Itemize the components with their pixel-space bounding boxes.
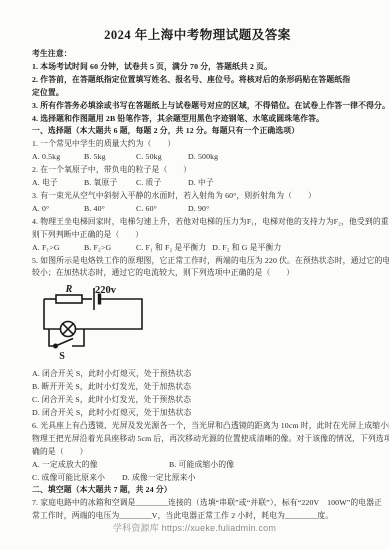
switch-label: S <box>59 351 65 361</box>
watermark-footer: 学科资源库 https://xueke.fuliadmin.com <box>0 521 389 534</box>
question-5-option-a: A. 闭合开关 S，此时小灯熄灭，处于预热状态 <box>32 368 363 381</box>
question-4-stem: 则下列判断中正确的是（ ） <box>32 229 363 242</box>
option-d: D. F₂ 和 G 是平衡力 <box>212 242 287 255</box>
question-5-option-d: D. 闭合开关 S，此时小灯熄灭，处于加热状态 <box>32 407 363 420</box>
option-a: A. 一定成放大的像 <box>32 459 169 472</box>
question-6-options-row-1: A. 一定成放大的像 B. 可能成缩小的像 <box>32 459 363 472</box>
option-b: B. F₂>G <box>84 242 136 255</box>
option-a: A. F₁>G <box>32 242 84 255</box>
option-b: B. 可能成缩小的像 <box>169 459 240 472</box>
circuit-diagram: R 220v S <box>38 283 363 366</box>
option-c: C. F₁ 和 F₂ 是平衡力 <box>136 242 212 255</box>
option-d: D. 500kg <box>188 151 240 164</box>
notice-line: 4. 选择题和作图题用 2B 铅笔作答，其余题型用黑色字迹钢笔、水笔或圆珠笔作答… <box>32 113 363 126</box>
exam-page: 2024 年上海中考物理试题及答案 考生注意： 1. 本场考试时间 60 分钟，… <box>0 0 389 523</box>
option-c: C. 50kg <box>136 151 188 164</box>
question-1-stem: 1. 一个常见中学生的质量大约为（ ） <box>32 138 363 151</box>
question-4-options: A. F₁>G B. F₂>G C. F₁ 和 F₂ 是平衡力 D. F₂ 和 … <box>32 242 363 255</box>
notice-line: 1. 本场考试时间 60 分钟，试卷共 5 页，满分 70 分，答题纸共 2 页… <box>32 61 363 74</box>
circuit-figure: R 220v S <box>38 283 198 361</box>
switch-icon <box>49 329 84 348</box>
question-6-stem: 物理王把光屏沿着光具座移动 5cm 后，再次移动光源的位置使成清晰的像。对于该像… <box>32 433 363 446</box>
resistor-symbol <box>56 295 82 303</box>
lamp-icon <box>61 322 76 337</box>
question-6-stem: 6. 光具座上有凸透镜、光屏及发光源各一个，当光屏和凸透镜的距离为 10cm 时… <box>32 420 363 433</box>
question-3-options: A. 0° B. 40° C. 60° D. 90° <box>32 203 363 216</box>
option-b: B. 40° <box>84 203 136 216</box>
option-a: A. 0° <box>32 203 84 216</box>
resistor-label: R <box>65 284 73 295</box>
question-5-stem: 5. 如图所示是电烙铁工作的原理图，它正常工作时，两端的电压为 220 伏。在预… <box>32 255 363 268</box>
question-1-options: A. 0.5kg B. 5kg C. 50kg D. 500kg <box>32 151 363 164</box>
option-a: A. 0.5kg <box>32 151 84 164</box>
option-b: B. 5kg <box>84 151 136 164</box>
option-c: C. 60° <box>136 203 188 216</box>
question-5-option-c: C. 闭合开关 S，此时小灯发光，处于预热状态 <box>32 394 363 407</box>
question-3-stem: 3. 有一束光从空气中斜射入平静的水面时，若入射角为 60°，则折射角为（ ） <box>32 190 363 203</box>
question-6-stem: 确的是（ ） <box>32 446 363 459</box>
question-6-options-row-2: C. 成像可能比原来小 D. 成像一定比原来小 <box>32 472 363 485</box>
option-c: C. 质子 <box>136 177 188 190</box>
page-title: 2024 年上海中考物理试题及答案 <box>32 25 363 43</box>
question-2-options: A. 电子 B. 氧原子 C. 质子 D. 中子 <box>32 177 363 190</box>
notice-line: 3. 所有作答务必填涂或书写在答题纸上与试卷题号对应的区域，不得错位。在试卷上作… <box>32 100 363 113</box>
question-2-stem: 2. 在一个氧原子中，带负电的粒子是（ ） <box>32 164 363 177</box>
question-7-stem: 7. 家庭电路中的冰箱和空调是________连接的（选填“串联”或“并联”），… <box>32 497 363 510</box>
option-d: D. 90° <box>188 203 240 216</box>
option-a: A. 电子 <box>32 177 84 190</box>
option-c: C. 成像可能比原来小 <box>32 472 122 485</box>
notice-line: 2. 作答前，在答题纸指定位置填写姓名、报名号、座位号。将核对后的条形码贴在答题… <box>32 74 363 87</box>
section-2-heading: 二、填空题（本大题共 7 题，共 24 分） <box>32 484 363 497</box>
option-d: D. 中子 <box>188 177 240 190</box>
notice-line: 定位置。 <box>32 87 363 100</box>
question-5-stem: 较小；在加热状态时，通过它的电流较大，则下列选项中正确的是（ ） <box>32 267 363 280</box>
question-4-stem: 4. 物理王坐电梯回家时，电梯匀速上升，若他对电梯的压力为F₁，电梯对他的支持力… <box>32 216 363 229</box>
voltage-label: 220v <box>95 285 117 296</box>
section-1-heading: 一、选择题（本大题共 6 题，每题 2 分，共 12 分。每题只有一个正确选项） <box>32 125 363 138</box>
notice-heading: 考生注意： <box>32 48 363 61</box>
option-d: D. 成像一定比原来小 <box>122 472 202 485</box>
question-5-option-b: B. 断开开关 S，此时小灯发光，处于加热状态 <box>32 381 363 394</box>
option-b: B. 氧原子 <box>84 177 136 190</box>
